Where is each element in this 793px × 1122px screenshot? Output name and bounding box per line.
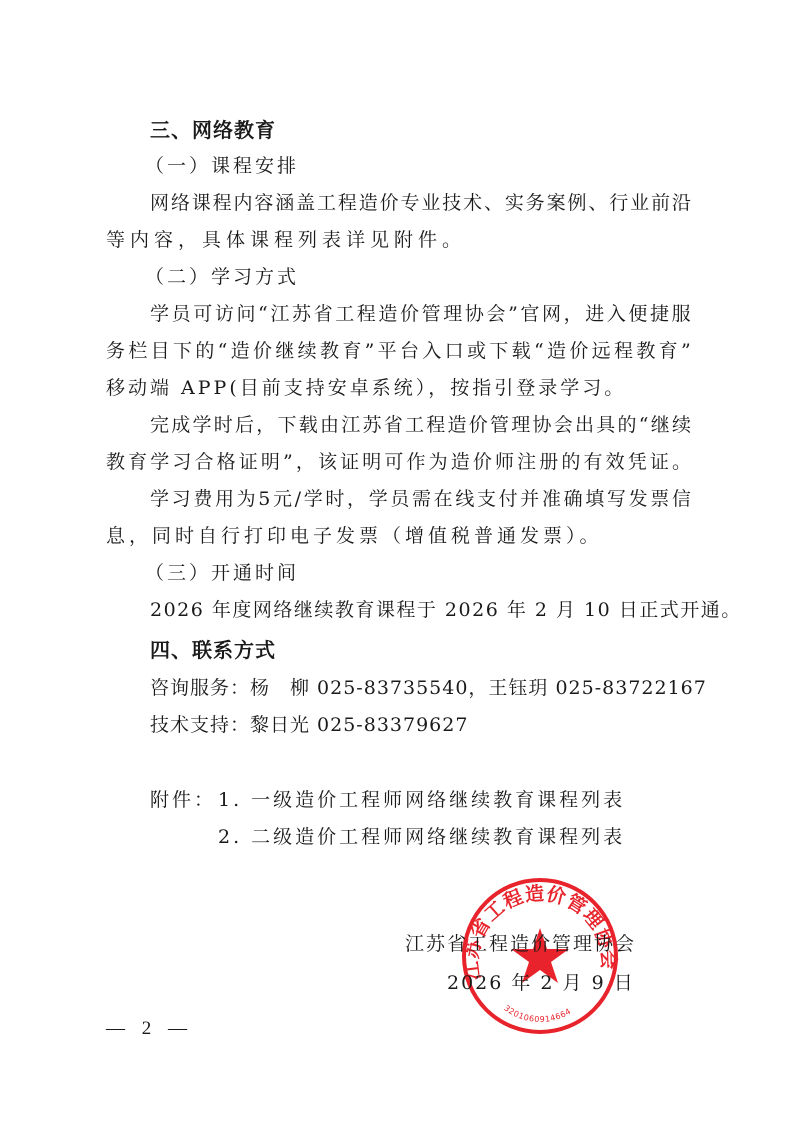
paragraph-line: 教育学习合格证明”，该证明可作为造价师注册的有效凭证。 xyxy=(106,450,691,474)
paragraph-line: 学员可访问“江苏省工程造价管理协会”官网，进入便捷服 xyxy=(150,302,691,326)
signature-organization: 江苏省工程造价管理协会 xyxy=(405,932,636,956)
subheading-opening-time: （三）开通时间 xyxy=(145,561,299,585)
paragraph-line: 网络课程内容涵盖工程造价专业技术、实务案例、行业前沿 xyxy=(150,191,691,215)
attachment-item-1: 1. 一级造价工程师网络继续教育课程列表 xyxy=(218,788,625,812)
attachment-item-2: 2. 二级造价工程师网络继续教育课程列表 xyxy=(218,825,625,849)
signature-date: 2026 年 2 月 9 日 xyxy=(447,971,635,995)
paragraph-line: 等内容，具体课程列表详见附件。 xyxy=(106,228,466,252)
subheading-course-arrangement: （一）课程安排 xyxy=(145,154,299,178)
paragraph-line: 务栏目下的“造价继续教育”平台入口或下载“造价远程教育” xyxy=(106,339,691,363)
section-heading-4: 四、联系方式 xyxy=(150,638,276,662)
paragraph-line: 完成学时后，下载由江苏省工程造价管理协会出具的“继续 xyxy=(150,413,691,437)
section-heading-3: 三、网络教育 xyxy=(150,118,276,142)
contact-consult: 咨询服务：杨 柳 025-83735540，王钰玥 025-83722167 xyxy=(150,676,707,700)
official-seal-stamp: 江苏省工程造价管理协会 3201060914664 xyxy=(460,876,620,1036)
page-number: — 2 — xyxy=(106,1018,193,1040)
seal-code: 3201060914664 xyxy=(502,1003,572,1024)
attachments-label: 附件： xyxy=(150,788,216,812)
subheading-study-method: （二）学习方式 xyxy=(145,265,299,289)
paragraph-line: 移动端 APP(目前支持安卓系统），按指引登录学习。 xyxy=(106,376,626,400)
paragraph-line: 2026 年度网络继续教育课程于 2026 年 2 月 10 日正式开通。 xyxy=(150,598,742,622)
paragraph-line: 息，同时自行打印电子发票（增值税普通发票）。 xyxy=(106,524,603,548)
contact-tech-support: 技术支持：黎日光 025-83379627 xyxy=(150,713,468,737)
paragraph-line: 学习费用为5元/学时，学员需在线支付并准确填写发票信 xyxy=(150,487,691,511)
